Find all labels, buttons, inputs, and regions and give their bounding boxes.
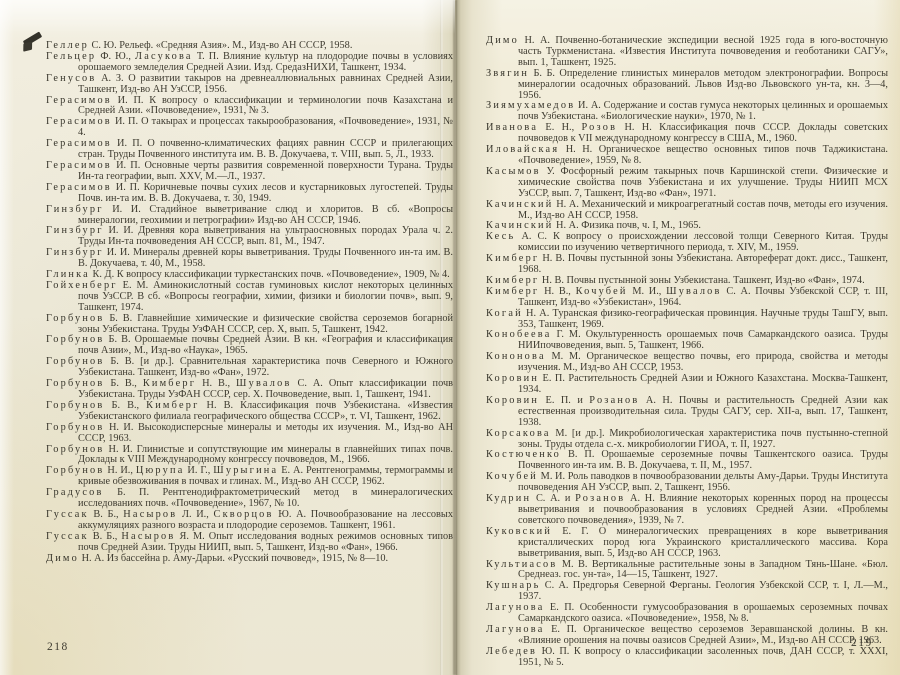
author-name: Герасимов	[46, 138, 112, 149]
author-name: Герасимов	[46, 95, 112, 106]
author-name: Звягин	[486, 68, 529, 79]
bibliography-entry: Когай Н. А. Туранская физико-географичес…	[486, 309, 888, 331]
author-name: Димо	[46, 553, 79, 564]
bibliography-entry: Касымов У. Фосфорный режим такырных почв…	[486, 167, 888, 200]
bibliography-entry: Димо Н. А. Почвенно-ботанические экспеди…	[486, 36, 888, 69]
bibliography-entry: Кимберг Н. В. Почвы пустынной зоны Узбек…	[486, 254, 888, 276]
author-name: Куковский	[486, 526, 552, 537]
author-name: Горбунов	[46, 422, 104, 433]
author-name: Градусов	[46, 487, 104, 498]
bibliography-entry: Генусов А. З. О развитии такыров на древ…	[46, 74, 453, 96]
bibliography-entry: Горбунов Б. В. Орошаемые почвы Средней А…	[46, 335, 453, 357]
bibliography-entry: Горбунов Н. И., Цюрупа И. Г., Шурыгина Е…	[46, 466, 453, 488]
author-name: Касымов	[486, 166, 541, 177]
bibliography-entry: Иловайская Н. Н. Органическое вещество о…	[486, 145, 888, 167]
author-name: Кочубей	[576, 286, 628, 297]
author-name: Ласукова	[135, 51, 193, 62]
bibliography-entry: Звягин Б. Б. Определение глинистых минер…	[486, 69, 888, 102]
author-name: Кононова	[486, 351, 546, 362]
author-name: Качинский	[486, 220, 553, 231]
author-name: Горбунов	[46, 378, 104, 389]
author-name: Коровин	[486, 395, 539, 406]
author-name: Конобеева	[486, 329, 552, 340]
author-name: Зиямухамедов	[486, 100, 575, 111]
author-name: Гуссак	[46, 509, 89, 520]
author-name: Гинзбург	[46, 247, 104, 258]
bibliography-entry: Гуссак В. Б., Насыров Л. И., Скворцов Ю.…	[46, 510, 453, 532]
bibliography-entry: Градусов Б. П. Рентгенодифрактометрическ…	[46, 488, 453, 510]
bibliography-entry: Зиямухамедов И. А. Содержание и состав г…	[486, 101, 888, 123]
bibliography-entry: Кудрин С. А. и Розанов А. Н. Влияние нек…	[486, 494, 888, 527]
author-name: Кимберг	[486, 275, 539, 286]
author-name: Гойхенберг	[46, 280, 118, 291]
bibliography-list-right: Димо Н. А. Почвенно-ботанические экспеди…	[486, 36, 888, 669]
author-name: Генусов	[46, 73, 96, 84]
author-name: Кудрин	[486, 493, 531, 504]
bibliography-entry: Корсакова М. [и др.]. Микробиологическая…	[486, 429, 888, 451]
bibliography-entry: Кесь А. С. К вопросу о происхождении лес…	[486, 232, 888, 254]
bibliography-entry: Иванова Е. Н., Розов Н. Н. Классификация…	[486, 123, 888, 145]
bibliography-entry: Гинзбург И. И. Стадийное выветривание сл…	[46, 205, 453, 227]
author-name: Герасимов	[46, 116, 112, 127]
author-name: Иловайская	[486, 144, 559, 155]
bibliography-entry: Культиасов М. В. Вертикальные растительн…	[486, 560, 888, 582]
author-name: Лагунова	[486, 624, 544, 635]
author-name: Гинзбург	[46, 204, 104, 215]
bibliography-entry: Димо Н. А. Из бассейна р. Аму-Дарьи. «Ру…	[46, 554, 453, 565]
bibliography-entry: Гинзбург И. И. Минералы древней коры выв…	[46, 248, 453, 270]
author-name: Кимберг	[146, 400, 199, 411]
author-name: Насыров	[123, 509, 177, 520]
bibliography-entry: Кушнарь С. А. Предгорья Северной Ферганы…	[486, 581, 888, 603]
bibliography-entry: Гуссак В. Б., Насыров Я. М. Опыт исследо…	[46, 532, 453, 554]
author-name: Горбунов	[46, 356, 104, 367]
bibliography-entry: Герасимов И. П. К вопросу о классификаци…	[46, 96, 453, 118]
author-name: Шувалов	[236, 378, 291, 389]
bibliography-entry: Гинзбург И. И. Древняя кора выветривания…	[46, 226, 453, 248]
bibliography-entry: Гельцер Ф. Ю., Ласукова Т. П. Влияние ку…	[46, 52, 453, 74]
author-name: Гуссак	[46, 531, 89, 542]
author-name: Иванова	[486, 122, 538, 133]
author-name: Гельцер	[46, 51, 96, 62]
author-name: Кушнарь	[486, 580, 541, 591]
bibliography-entry: Гойхенберг Е. М. Аминокислотный состав г…	[46, 281, 453, 314]
author-name: Герасимов	[46, 182, 112, 193]
bibliography-entry: Лагунова Е. П. Органическое вещество сер…	[486, 625, 888, 647]
author-name: Димо	[486, 35, 519, 46]
bibliography-entry: Кимберг Н. В., Кочубей М. И., Шувалов С.…	[486, 287, 888, 309]
bibliography-entry: Герасимов И. П. О почвенно-климатических…	[46, 139, 453, 161]
author-name: Геллер	[46, 40, 89, 51]
bibliography-entry: Конобеева Г. М. Окультуренность орошаемы…	[486, 330, 888, 352]
author-name: Корсакова	[486, 428, 551, 439]
author-name: Коровин	[486, 373, 539, 384]
bibliography-entry: Герасимов И. П. О такырах и процессах та…	[46, 117, 453, 139]
author-name: Горбунов	[46, 313, 104, 324]
bibliography-entry: Коровин Е. П. и Розанов А. Н. Почвы и ра…	[486, 396, 888, 429]
author-name: Кимберг	[486, 253, 539, 264]
author-name: Лагунова	[486, 602, 544, 613]
bibliography-entry: Горбунов Б. В., Кимберг Н. В. Классифика…	[46, 401, 453, 423]
bibliography-entry: Лагунова Е. П. Особенности гумусообразов…	[486, 603, 888, 625]
bibliography-entry: Горбунов Б. В. [и др.]. Сравнительная ха…	[46, 357, 453, 379]
author-name: Горбунов	[46, 465, 104, 476]
author-name: Костюченко	[486, 449, 561, 460]
author-name: Розанов	[575, 493, 625, 504]
author-name: Розанов	[589, 395, 639, 406]
bibliography-entry: Кононова М. М. Органическое вещество поч…	[486, 352, 888, 374]
author-name: Когай	[486, 308, 523, 319]
author-name: Глинка	[46, 269, 90, 280]
author-name: Скворцов	[214, 509, 274, 520]
bibliography-list-left: Геллер С. Ю. Рельеф. «Средняя Азия». М.,…	[46, 41, 453, 565]
author-name: Кочубей	[486, 471, 538, 482]
bibliography-entry: Коровин Е. П. Растительность Средней Ази…	[486, 374, 888, 396]
author-name: Розов	[582, 122, 618, 133]
author-name: Шурыгина	[213, 465, 278, 476]
bibliography-entry: Горбунов Б. В. Главнейшие химические и ф…	[46, 314, 453, 336]
bibliography-entry: Качинский Н. А. Механический и микроагре…	[486, 200, 888, 222]
author-name: Культиасов	[486, 559, 557, 570]
author-name: Гинзбург	[46, 225, 104, 236]
bibliography-entry: Горбунов Б. В., Кимберг Н. В., Шувалов С…	[46, 379, 453, 401]
author-name: Горбунов	[46, 334, 104, 345]
author-name: Кесь	[486, 231, 515, 242]
bibliography-entry: Горбунов Н. И. Глинистые и сопутствующие…	[46, 445, 453, 467]
bibliography-entry: Горбунов Н. И. Высокодисперсные минералы…	[46, 423, 453, 445]
bibliography-entry: Лебедев Ю. П. К вопросу о классификации …	[486, 647, 888, 669]
page-number-right: 219	[851, 637, 873, 649]
page-number-left: 218	[47, 641, 69, 653]
author-name: Шувалов	[666, 286, 721, 297]
author-name: Насыров	[121, 531, 175, 542]
author-name: Горбунов	[46, 444, 104, 455]
bibliography-entry: Герасимов И. П. Коричневые почвы сухих л…	[46, 183, 453, 205]
author-name: Кимберг	[486, 286, 539, 297]
bibliography-entry: Кочубей М. И. Роль паводков в почвообраз…	[486, 472, 888, 494]
bibliography-entry: Костюченко В. П. Орошаемые сероземные по…	[486, 450, 888, 472]
book-gutter	[453, 0, 457, 675]
book-spread: Геллер С. Ю. Рельеф. «Средняя Азия». М.,…	[0, 0, 900, 675]
bibliography-entry: Куковский Е. Г. О минералогических превр…	[486, 527, 888, 560]
author-name: Горбунов	[46, 400, 104, 411]
author-name: Кимберг	[143, 378, 196, 389]
author-name: Герасимов	[46, 160, 112, 171]
author-name: Лебедев	[486, 646, 537, 657]
author-name: Качинский	[486, 199, 553, 210]
author-name: Цюрупа	[136, 465, 185, 476]
bibliography-entry: Герасимов И. П. Основные черты развития …	[46, 161, 453, 183]
